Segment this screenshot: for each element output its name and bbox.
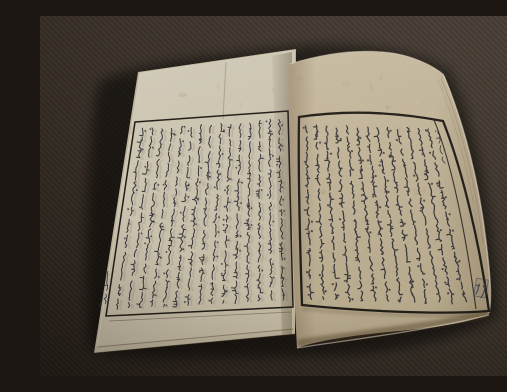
paper-spot [234,112,239,120]
paper-spot [200,257,210,263]
paper-spot [252,273,256,277]
paper-spot [150,291,160,298]
paper-spot [415,99,420,105]
paper-spot [272,87,274,92]
paper-spot [369,83,373,91]
paper-spot [174,266,181,272]
paper-spot [306,203,309,209]
paper-spot [172,283,181,288]
paper-spot [341,254,346,259]
paper-spot [336,128,339,136]
paper-spot [249,287,258,290]
paper-spot [233,234,238,243]
paper-spot [342,81,351,86]
paper-spot [421,186,426,194]
paper-spot [421,173,427,178]
paper-spot [99,302,109,310]
paper-spot [414,188,420,195]
paper-spot [171,161,177,167]
paper-spot [271,275,281,277]
seal-border [474,278,489,298]
collector-seal-stamp [473,278,488,298]
paper-spot [328,168,335,176]
paper-spot [170,194,177,198]
paper-spot [199,281,208,287]
paper-spot [234,144,236,152]
paper-spot [317,298,323,304]
paper-spot [385,130,389,134]
paper-spot [275,171,283,175]
paper-spot [217,82,220,89]
paper-spot [320,190,326,195]
paper-spot [380,74,383,80]
paper-spot [178,93,187,98]
paper-spot [143,121,154,123]
paper-spot [177,247,181,255]
paper-spot [330,270,336,274]
paper-spot [385,105,389,110]
paper-spot [359,198,363,202]
paper-spot [438,92,446,98]
paper-spot [194,225,203,231]
photo-open-manuscript-book: Photograph of an open antique block-prin… [40,16,507,376]
paper-spot [241,108,247,114]
paper-spot [260,256,268,262]
paper-spot [295,75,304,81]
paper-spot [388,328,395,330]
paper-spot [444,149,454,156]
paper-spot [240,102,242,106]
book [94,49,490,353]
paper-spot [324,249,331,253]
paper-spot [202,181,206,187]
paper-spot [129,126,133,135]
paper-spot [318,141,323,147]
paper-spot [220,250,225,258]
scene-canvas [40,16,507,376]
paper-spot [325,124,327,132]
paper-spot [285,179,290,182]
paper-spot [404,186,407,190]
paper-spot [395,127,401,132]
